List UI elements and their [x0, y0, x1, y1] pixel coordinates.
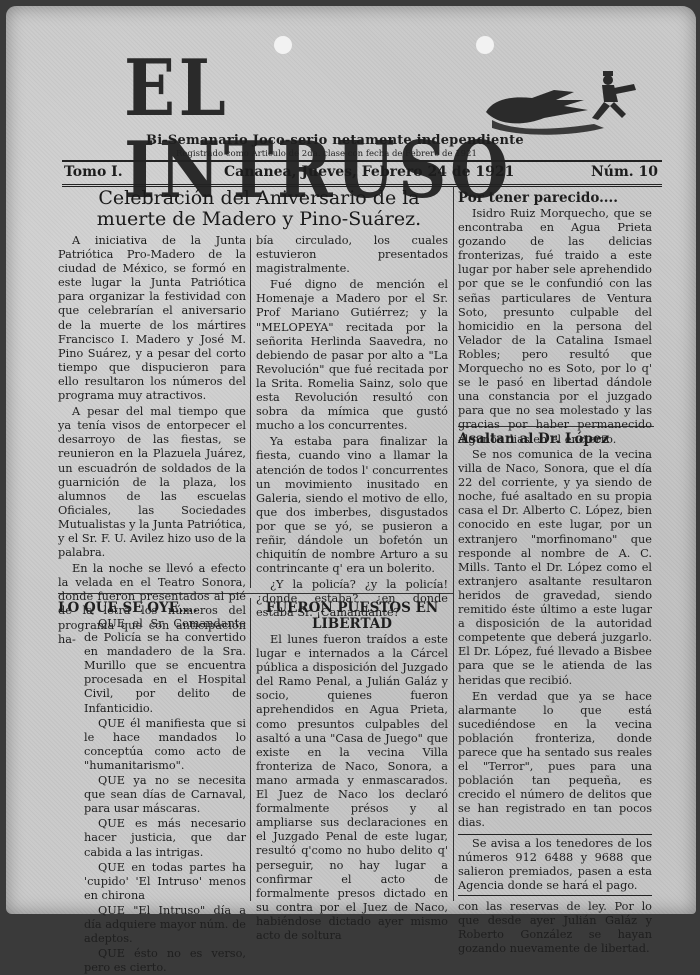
paragraph: bía circulado, los cuales estuvieron pre…	[256, 234, 448, 276]
paragraph: Ya estaba para finalizar la fiesta, cuan…	[256, 435, 448, 576]
lottery-notice: Se avisa a los tenedores de los números …	[458, 834, 652, 896]
newspaper-page: EL INTRUSO Bi-Semanario Joco-serio netam…	[6, 6, 696, 914]
article-madero-col1: A iniciativa de la Junta Patriótica Pro-…	[58, 234, 246, 647]
paragraph-continuation: con las reservas de ley. Por lo que desd…	[458, 900, 652, 920]
list-item: QUE "El Intruso" día a día adquiere mayo…	[58, 904, 246, 920]
list-item: QUE en todas partes ha 'cupido' 'El Intr…	[58, 861, 246, 903]
masthead-subtitle: Bi-Semanario Joco-serio netamente indepe…	[146, 133, 566, 148]
volume-label: Tomo I.	[64, 164, 123, 180]
headline-libertad: FUERON PUESTOS EN LIBERTAD	[256, 600, 448, 632]
paragraph: Isidro Ruiz Morquecho, que se encontraba…	[458, 207, 652, 447]
article-lo-que-se-oye: LO QUE SE OYE.... QUE el Sr. Comandante …	[58, 600, 246, 920]
paragraph: Se avisa a los tenedores de los números …	[458, 837, 652, 893]
paragraph: A iniciativa de la Junta Patriótica Pro-…	[58, 234, 246, 403]
list-item: QUE es más necesario hacer justicia, que…	[58, 817, 246, 859]
article-madero-col2: bía circulado, los cuales estuvieron pre…	[256, 234, 448, 621]
paragraph: A pesar del mal tiempo que ya tenía viso…	[58, 405, 246, 560]
issue-number: Núm. 10	[591, 164, 658, 180]
column-rule	[250, 238, 251, 588]
list-item: QUE él manifiesta que si le hace mandado…	[58, 717, 246, 773]
article-lopez: Asaltan al Dr. López Se nos comunica de …	[458, 431, 652, 920]
paragraph: El lunes fueron traídos a este lugar e i…	[256, 633, 448, 920]
article-libertad: FUERON PUESTOS EN LIBERTAD El lunes fuer…	[256, 600, 448, 920]
article-parecido: Por tener parecido.... Isidro Ruiz Morqu…	[458, 190, 652, 447]
place-date: Cananea, Jueves, Febrero 24 de 1921	[224, 164, 514, 180]
dateline-bar: Tomo I. Cananea, Jueves, Febrero 24 de 1…	[62, 160, 662, 187]
column-rule	[250, 598, 251, 901]
list-item: QUE ya no se necesita que sean días de C…	[58, 774, 246, 816]
column-rule	[453, 186, 454, 901]
paragraph: Fué digno de mención el Homenaje a Mader…	[256, 278, 448, 433]
list-item: QUE el Sr. Comandante de Policía se ha c…	[58, 617, 246, 716]
alligator-chase-illustration-icon	[484, 68, 644, 138]
masthead: EL INTRUSO	[124, 48, 644, 140]
paragraph: Se nos comunica de la vecina villa de Na…	[458, 448, 652, 688]
headline-madero: Celebración del Aniversario de la muerte…	[62, 188, 456, 230]
registration-line: Registrado como Articulo de 2da. clase c…	[176, 149, 576, 159]
headline-lopez: Asaltan al Dr. López	[458, 431, 652, 447]
headline-parecido: Por tener parecido....	[458, 190, 652, 206]
headline-oye: LO QUE SE OYE....	[58, 600, 246, 616]
paragraph: En verdad que ya se hace alarmante lo qu…	[458, 690, 652, 831]
